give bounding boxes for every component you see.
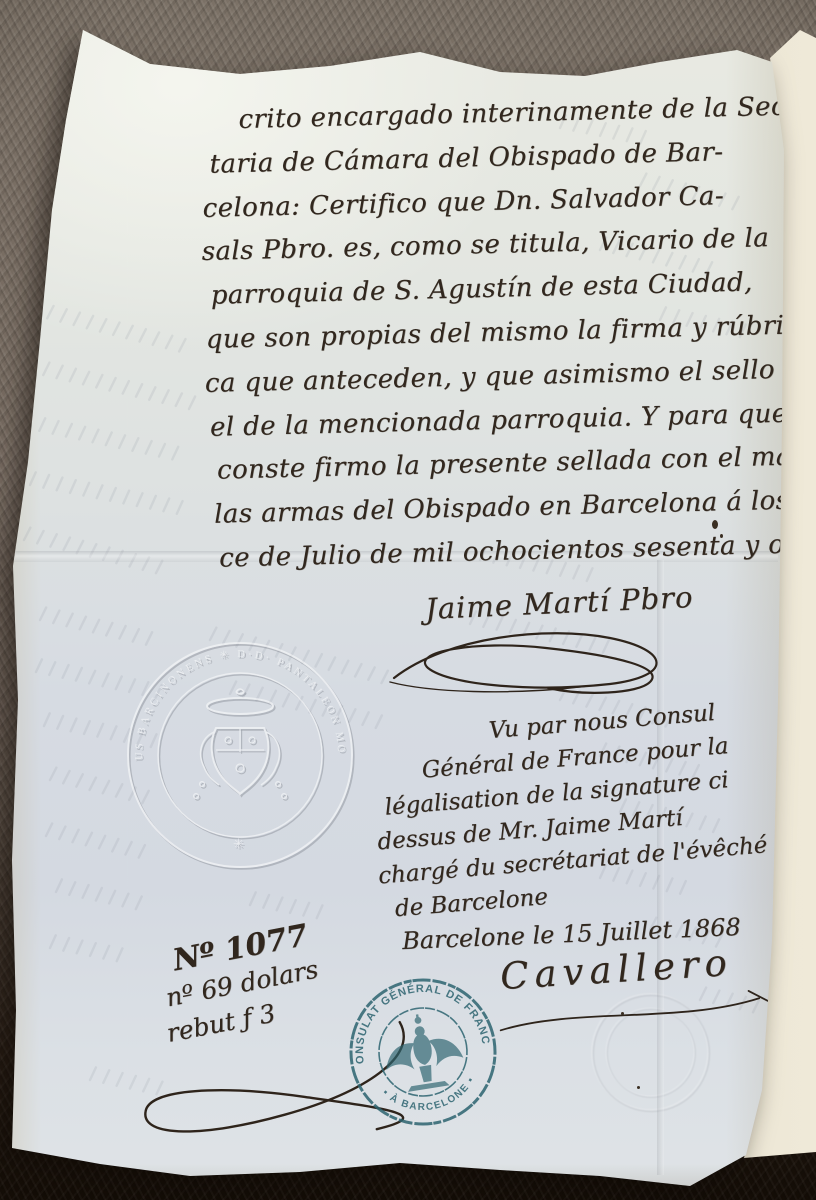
photo-background: ✳ EPISCOPUS BARCINONENS ✳ D·D· PANTALEON… <box>0 0 816 1200</box>
consular-legalization-text: Vu par nous Consul Général de France pou… <box>366 693 771 928</box>
bishop-embossed-seal: ✳ EPISCOPUS BARCINONENS ✳ D·D· PANTALEON… <box>118 632 368 882</box>
ink-blot <box>712 520 718 529</box>
ink-blot <box>621 1012 624 1015</box>
ink-blot <box>637 1086 640 1089</box>
document-page-shadow: ✳ EPISCOPUS BARCINONENS ✳ D·D· PANTALEON… <box>0 0 816 1200</box>
spanish-certification-text: crito encargado interinamente de la Secr… <box>198 84 816 582</box>
ink-blot <box>720 534 723 538</box>
consulate-stamp: CONSULAT GÉNÉRAL DE FRANCE ▪ À BARCELONE… <box>318 945 527 1159</box>
document-page: ✳ EPISCOPUS BARCINONENS ✳ D·D· PANTALEON… <box>0 0 816 1200</box>
